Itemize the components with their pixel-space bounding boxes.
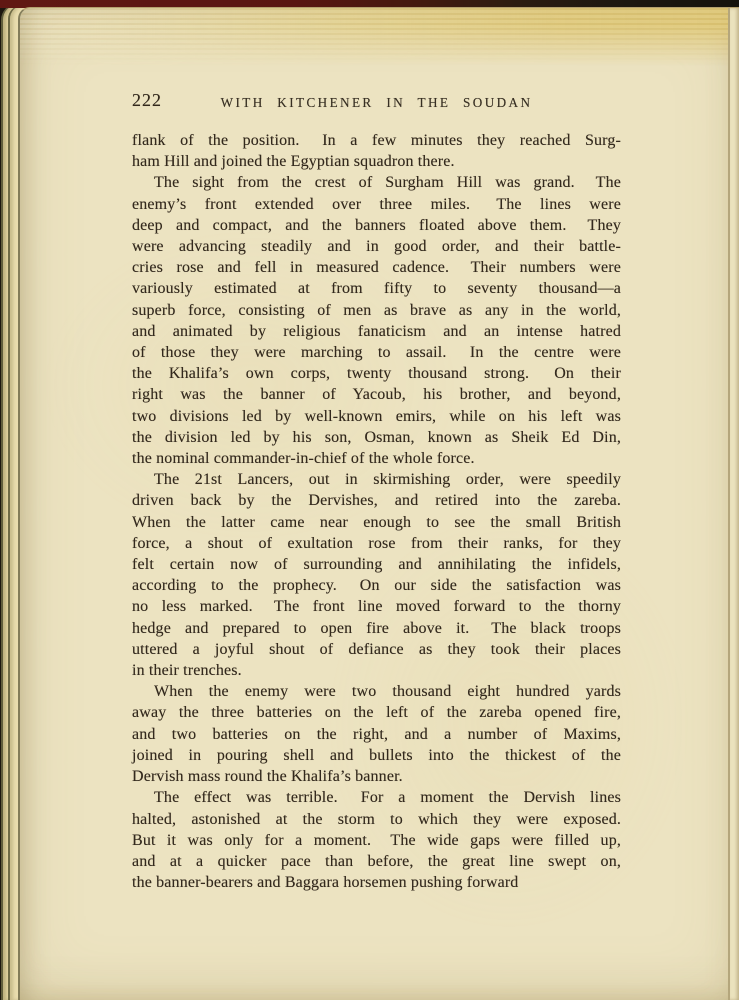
text-line: When the latter came near enough to see … bbox=[132, 512, 621, 533]
text-line: hedge and prepared to open fire above it… bbox=[132, 618, 621, 639]
paragraph: The 21st Lancers, out in skirmishing ord… bbox=[132, 469, 621, 681]
text-line: But it was only for a moment. The wide g… bbox=[132, 830, 621, 851]
page-number: 222 bbox=[132, 90, 162, 111]
text-line: according to the prophecy. On our side t… bbox=[132, 575, 621, 596]
text-line: flank of the position. In a few minutes … bbox=[132, 130, 621, 151]
text-line: no less marked. The front line moved for… bbox=[132, 596, 621, 617]
text-line: joined in pouring shell and bullets into… bbox=[132, 745, 621, 766]
text-line: halted, astonished at the storm to which… bbox=[132, 809, 621, 830]
page-fan-shading bbox=[20, 8, 739, 66]
text-block: flank of the position. In a few minutes … bbox=[132, 130, 621, 893]
text-line: When the enemy were two thousand eight h… bbox=[132, 681, 621, 702]
text-line: variously estimated at from fifty to sev… bbox=[132, 278, 621, 299]
text-line: the division led by his son, Osman, know… bbox=[132, 427, 621, 448]
paragraph: The effect was terrible. For a moment th… bbox=[132, 787, 621, 893]
paragraph: The sight from the crest of Surgham Hill… bbox=[132, 172, 621, 469]
paragraph: flank of the position. In a few minutes … bbox=[132, 130, 621, 172]
book-page: 222 WITH KITCHENER IN THE SOUDAN flank o… bbox=[18, 7, 739, 1000]
text-line: uttered a joyful shout of defiance as th… bbox=[132, 639, 621, 660]
page-right-edge bbox=[728, 8, 739, 1000]
text-line: away the three batteries on the left of … bbox=[132, 702, 621, 723]
text-line: were advancing steadily and in good orde… bbox=[132, 236, 621, 257]
text-line: superb force, consisting of men as brave… bbox=[132, 300, 621, 321]
text-line: and at a quicker pace than before, the g… bbox=[132, 851, 621, 872]
running-head: WITH KITCHENER IN THE SOUDAN bbox=[132, 92, 621, 111]
text-line: of those they were marching to assail. I… bbox=[132, 342, 621, 363]
text-line: Dervish mass round the Khalifa’s banner. bbox=[132, 766, 621, 787]
text-line: the banner-bearers and Baggara horsemen … bbox=[132, 872, 621, 893]
text-line: the nominal commander-in-chief of the wh… bbox=[132, 448, 621, 469]
text-line: driven back by the Dervishes, and retire… bbox=[132, 490, 621, 511]
text-line: cries rose and fell in measured cadence.… bbox=[132, 257, 621, 278]
text-line: force, a shout of exultation rose from t… bbox=[132, 533, 621, 554]
text-line: The effect was terrible. For a moment th… bbox=[132, 787, 621, 808]
text-line: The sight from the crest of Surgham Hill… bbox=[132, 172, 621, 193]
text-line: The 21st Lancers, out in skirmishing ord… bbox=[132, 469, 621, 490]
text-line: enemy’s front extended over three miles.… bbox=[132, 194, 621, 215]
page-header: 222 WITH KITCHENER IN THE SOUDAN bbox=[132, 92, 621, 114]
text-line: in their trenches. bbox=[132, 660, 621, 681]
text-line: and animated by religious fanaticism and… bbox=[132, 321, 621, 342]
text-line: right was the banner of Yacoub, his brot… bbox=[132, 384, 621, 405]
paragraph: When the enemy were two thousand eight h… bbox=[132, 681, 621, 787]
text-line: and two batteries on the right, and a nu… bbox=[132, 724, 621, 745]
text-line: deep and compact, and the banners floate… bbox=[132, 215, 621, 236]
book-scan: 222 WITH KITCHENER IN THE SOUDAN flank o… bbox=[0, 0, 739, 1000]
text-line: two divisions led by well-known emirs, w… bbox=[132, 406, 621, 427]
text-line: ham Hill and joined the Egyptian squadro… bbox=[132, 151, 621, 172]
text-line: the Khalifa’s own corps, twenty thousand… bbox=[132, 363, 621, 384]
text-line: felt certain now of surrounding and anni… bbox=[132, 554, 621, 575]
